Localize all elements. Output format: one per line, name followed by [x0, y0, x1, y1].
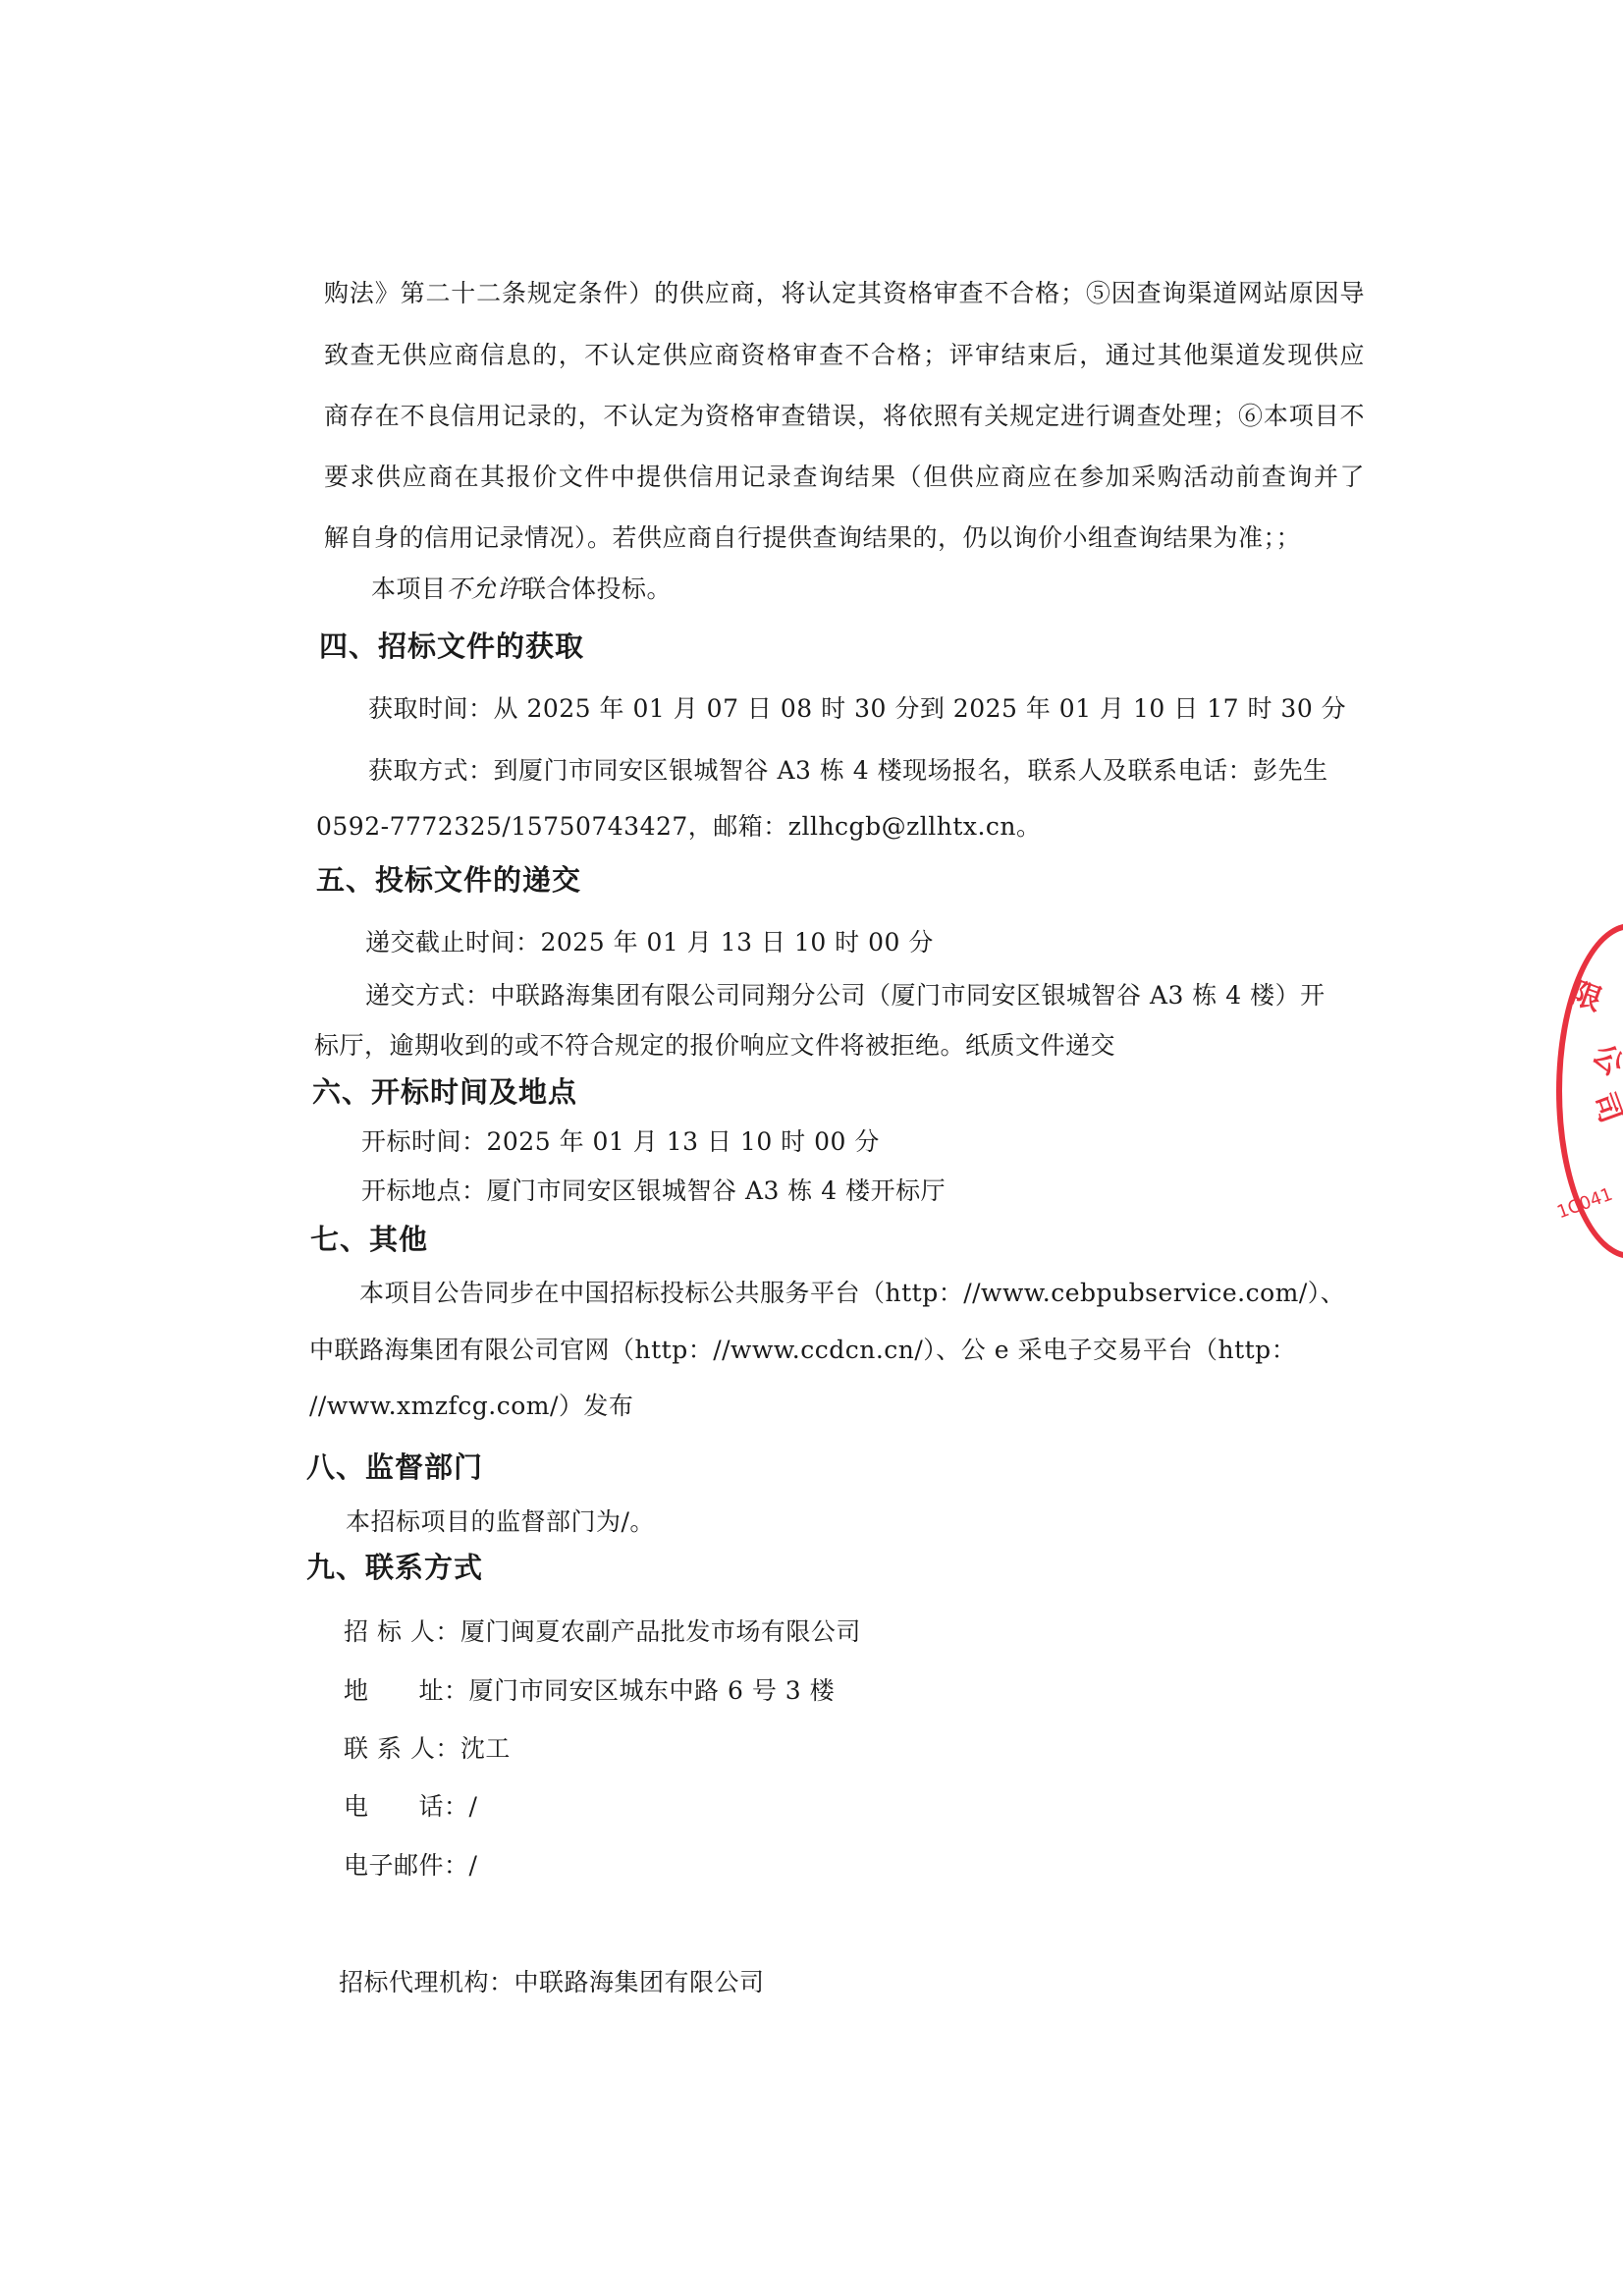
s4-method-line2: 0592-7772325/15750743427，邮箱：zllhcgb@zllh… [316, 810, 1042, 844]
s7-line3: //www.xmzfcg.com/）发布 [309, 1390, 633, 1423]
s6-time: 开标时间：2025 年 01 月 13 日 10 时 00 分 [361, 1125, 880, 1159]
contact-value: / [469, 1792, 478, 1821]
s6-place: 开标地点：厦门市同安区银城智谷 A3 栋 4 楼开标厅 [361, 1175, 946, 1208]
paragraph-line: 购法》第二十二条规定条件）的供应商，将认定其资格审查不合格；⑤因查询渠道网站原因… [324, 277, 1365, 310]
section-4-title: 四、招标文件的获取 [319, 627, 584, 666]
contact-label: 招 标 人： [344, 1617, 460, 1646]
contact-label: 地 址： [344, 1676, 469, 1705]
contact-value: 沈工 [460, 1734, 511, 1763]
contact-label: 电 话： [344, 1792, 469, 1821]
agency-value: 中联路海集团有限公司 [514, 1968, 765, 1996]
contact-label: 联 系 人： [344, 1734, 460, 1763]
contact-value: / [469, 1851, 478, 1880]
section-5-title: 五、投标文件的递交 [316, 860, 581, 900]
s4-time: 获取时间：从 2025 年 01 月 07 日 08 时 30 分到 2025 … [368, 692, 1346, 726]
s4-method-line1: 获取方式：到厦门市同安区银城智谷 A3 栋 4 楼现场报名，联系人及联系电话：彭… [368, 754, 1328, 788]
s7-line1: 本项目公告同步在中国招标投标公共服务平台（http：//www.cebpubse… [359, 1277, 1345, 1310]
paragraph-line: 致查无供应商信息的，不认定供应商资格审查不合格；评审结束后，通过其他渠道发现供应 [324, 339, 1365, 372]
consortium-suffix: 联合体投标。 [521, 574, 672, 603]
paragraph-line: 要求供应商在其报价文件中提供信用记录查询结果（但供应商应在参加采购活动前查询并了 [324, 461, 1365, 494]
contact-label: 电子邮件： [344, 1851, 469, 1880]
section-7-title: 七、其他 [310, 1220, 428, 1259]
s8-text: 本招标项目的监督部门为/。 [346, 1505, 655, 1539]
paragraph-line: 商存在不良信用记录的，不认定为资格审查错误，将依照有关规定进行调查处理；⑥本项目… [324, 400, 1365, 433]
contact-value: 厦门闽夏农副产品批发市场有限公司 [460, 1617, 861, 1646]
contact-row-person: 联 系 人：沈工 [344, 1732, 511, 1766]
contact-row-phone: 电 话：/ [344, 1790, 477, 1824]
agency-label: 招标代理机构： [339, 1968, 514, 1996]
paragraph-line: 解自身的信用记录情况）。若供应商自行提供查询结果的，仍以询价小组查询结果为准；； [324, 521, 1301, 555]
s5-deadline: 递交截止时间：2025 年 01 月 13 日 10 时 00 分 [365, 926, 934, 959]
document-page: 购法》第二十二条规定条件）的供应商，将认定其资格审查不合格；⑤因查询渠道网站原因… [0, 0, 1623, 2296]
consortium-emphasis: 不允许 [447, 574, 522, 603]
section-6-title: 六、开标时间及地点 [312, 1072, 577, 1112]
s7-line2: 中联路海集团有限公司官网（http：//www.ccdcn.cn/）、公 e 采… [309, 1334, 1296, 1367]
section-9-title: 九、联系方式 [306, 1548, 483, 1587]
agency-row: 招标代理机构：中联路海集团有限公司 [339, 1966, 765, 1999]
consortium-prefix: 本项目 [371, 574, 447, 603]
consortium-statement: 本项目不允许联合体投标。 [371, 573, 672, 606]
contact-row-address: 地 址：厦门市同安区城东中路 6 号 3 楼 [344, 1674, 835, 1708]
s5-method-line2: 标厅，逾期收到的或不符合规定的报价响应文件将被拒绝。纸质文件递交 [314, 1029, 1115, 1063]
s5-method-line1: 递交方式：中联路海集团有限公司同翔分公司（厦门市同安区银城智谷 A3 栋 4 楼… [365, 979, 1325, 1012]
contact-row-email: 电子邮件：/ [344, 1849, 477, 1883]
contact-row-tenderer: 招 标 人：厦门闽夏农副产品批发市场有限公司 [344, 1615, 861, 1649]
contact-value: 厦门市同安区城东中路 6 号 3 楼 [469, 1676, 836, 1705]
section-8-title: 八、监督部门 [306, 1448, 483, 1487]
